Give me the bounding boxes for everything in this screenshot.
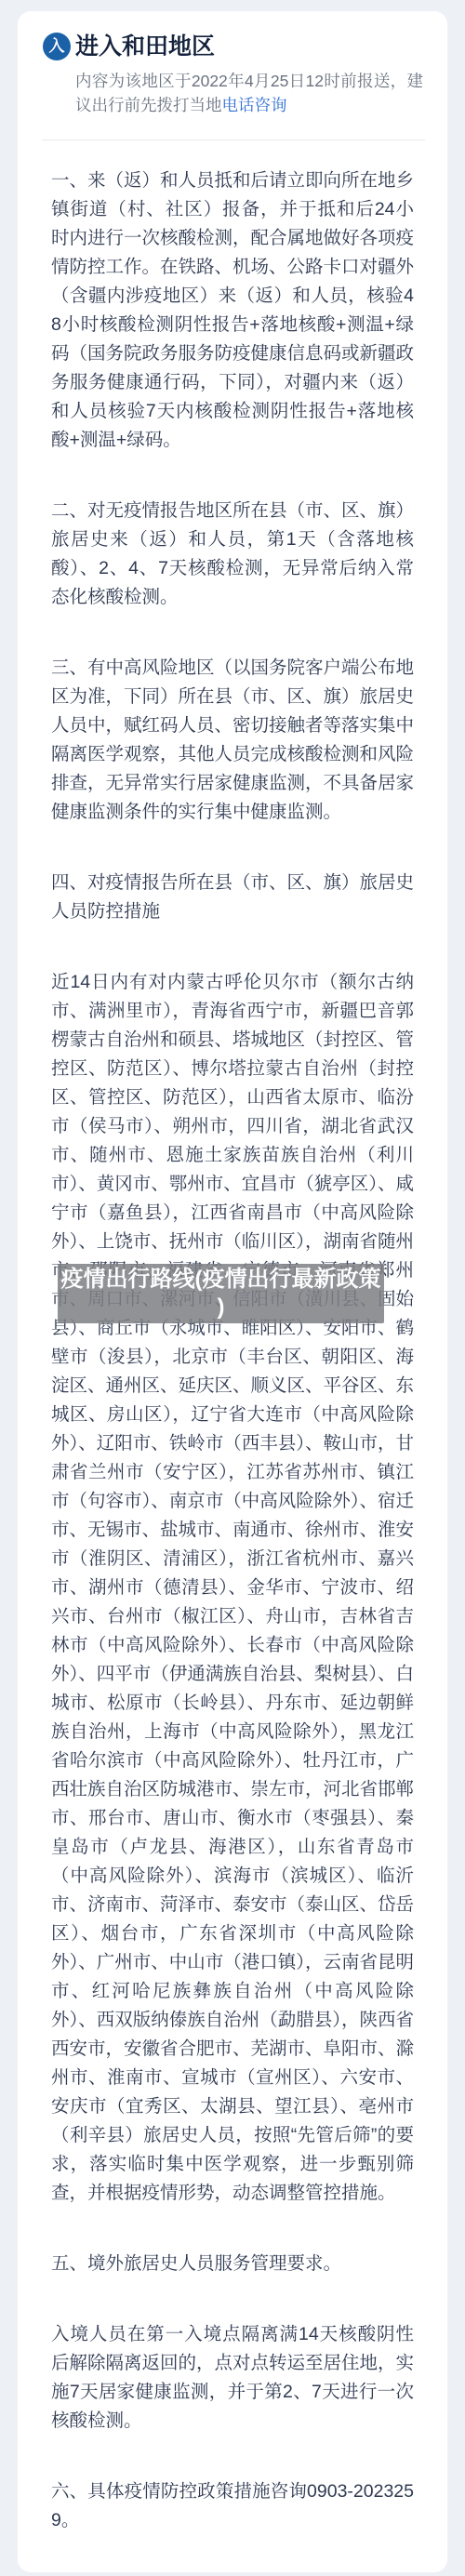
watermark-overlay: 疫情出行路线(疫情出行最新政策 ): [58, 1264, 384, 1323]
header-text-block: 进入和田地区 内容为该地区于2022年4月25日12时前报送，建议出行前先拨打当…: [75, 31, 423, 117]
enter-icon-glyph: 入: [49, 37, 65, 55]
policy-paragraph-3: 三、有中高风险地区（以国务院客户端公布地区为准，下同）所在县（市、区、旗）旅居史…: [51, 654, 414, 827]
policy-page: 入 进入和田地区 内容为该地区于2022年4月25日12时前报送，建议出行前先拨…: [0, 11, 465, 2576]
policy-paragraph-1: 一、来（返）和人员抵和后请立即向所在地乡镇街道（村、社区）报备，并于抵和后24小…: [51, 166, 414, 455]
report-time-note: 内容为该地区于2022年4月25日12时前报送，建议出行前先拨打当地电话咨询: [75, 69, 423, 117]
watermark-line1: 疫情出行路线(疫情出行最新政策: [58, 1266, 384, 1294]
policy-body: 一、来（返）和人员抵和后请立即向所在地乡镇街道（村、社区）报备，并于抵和后24小…: [18, 140, 447, 2535]
policy-paragraph-5-detail: 入境人员在第一入境点隔离满14天核酸阴性后解除隔离返回的，点对点转运至居住地，实…: [51, 2320, 414, 2436]
policy-paragraph-6: 六、具体疫情防控政策措施咨询0903-2023259。: [51, 2477, 414, 2535]
policy-paragraph-2: 二、对无疫情报告地区所在县（市、区、旗）旅居史来（返）和人员，第1天（含落地核酸…: [51, 497, 414, 612]
policy-paragraph-4-heading: 四、对疫情报告所在县（市、区、旗）旅居史人员防控措施: [51, 869, 414, 926]
policy-paragraph-5-heading: 五、境外旅居史人员服务管理要求。: [51, 2250, 414, 2278]
watermark-line2: ): [58, 1294, 384, 1321]
page-title: 进入和田地区: [75, 31, 423, 62]
phone-consult-link[interactable]: 电话咨询: [222, 96, 287, 114]
card-header: 入 进入和田地区 内容为该地区于2022年4月25日12时前报送，建议出行前先拨…: [18, 11, 447, 117]
policy-paragraph-4-detail: 近14日内有对内蒙古呼伦贝尔市（额尔古纳市、满洲里市），青海省西宁市，新疆巴音郭…: [51, 968, 414, 2208]
enter-icon: 入: [43, 33, 71, 60]
